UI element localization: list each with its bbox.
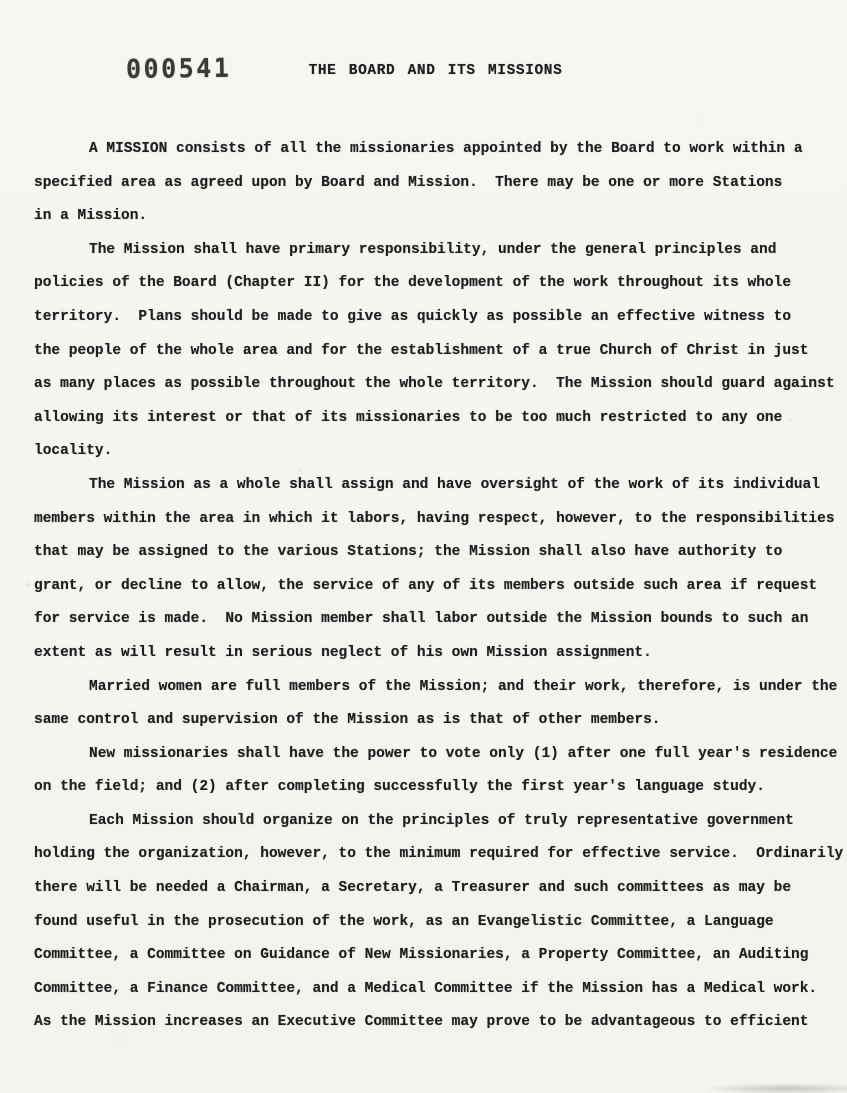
paragraph-mission-oversight: The Mission as a whole shall assign and … [34,469,847,671]
paragraph-mission-definition: A MISSION consists of all the missionari… [34,133,847,234]
paragraph-married-women: Married women are full members of the Mi… [34,671,847,738]
page-title: THE BOARD AND ITS MISSIONS [12,63,847,79]
paragraph-mission-organization: Each Mission should organize on the prin… [34,805,847,1040]
paragraph-new-missionaries-vote: New missionaries shall have the power to… [34,738,847,805]
document-body: A MISSION consists of all the missionari… [34,133,847,1040]
document-page: 000541 THE BOARD AND ITS MISSIONS A MISS… [0,0,847,1093]
paragraph-mission-responsibility: The Mission shall have primary responsib… [34,234,847,469]
